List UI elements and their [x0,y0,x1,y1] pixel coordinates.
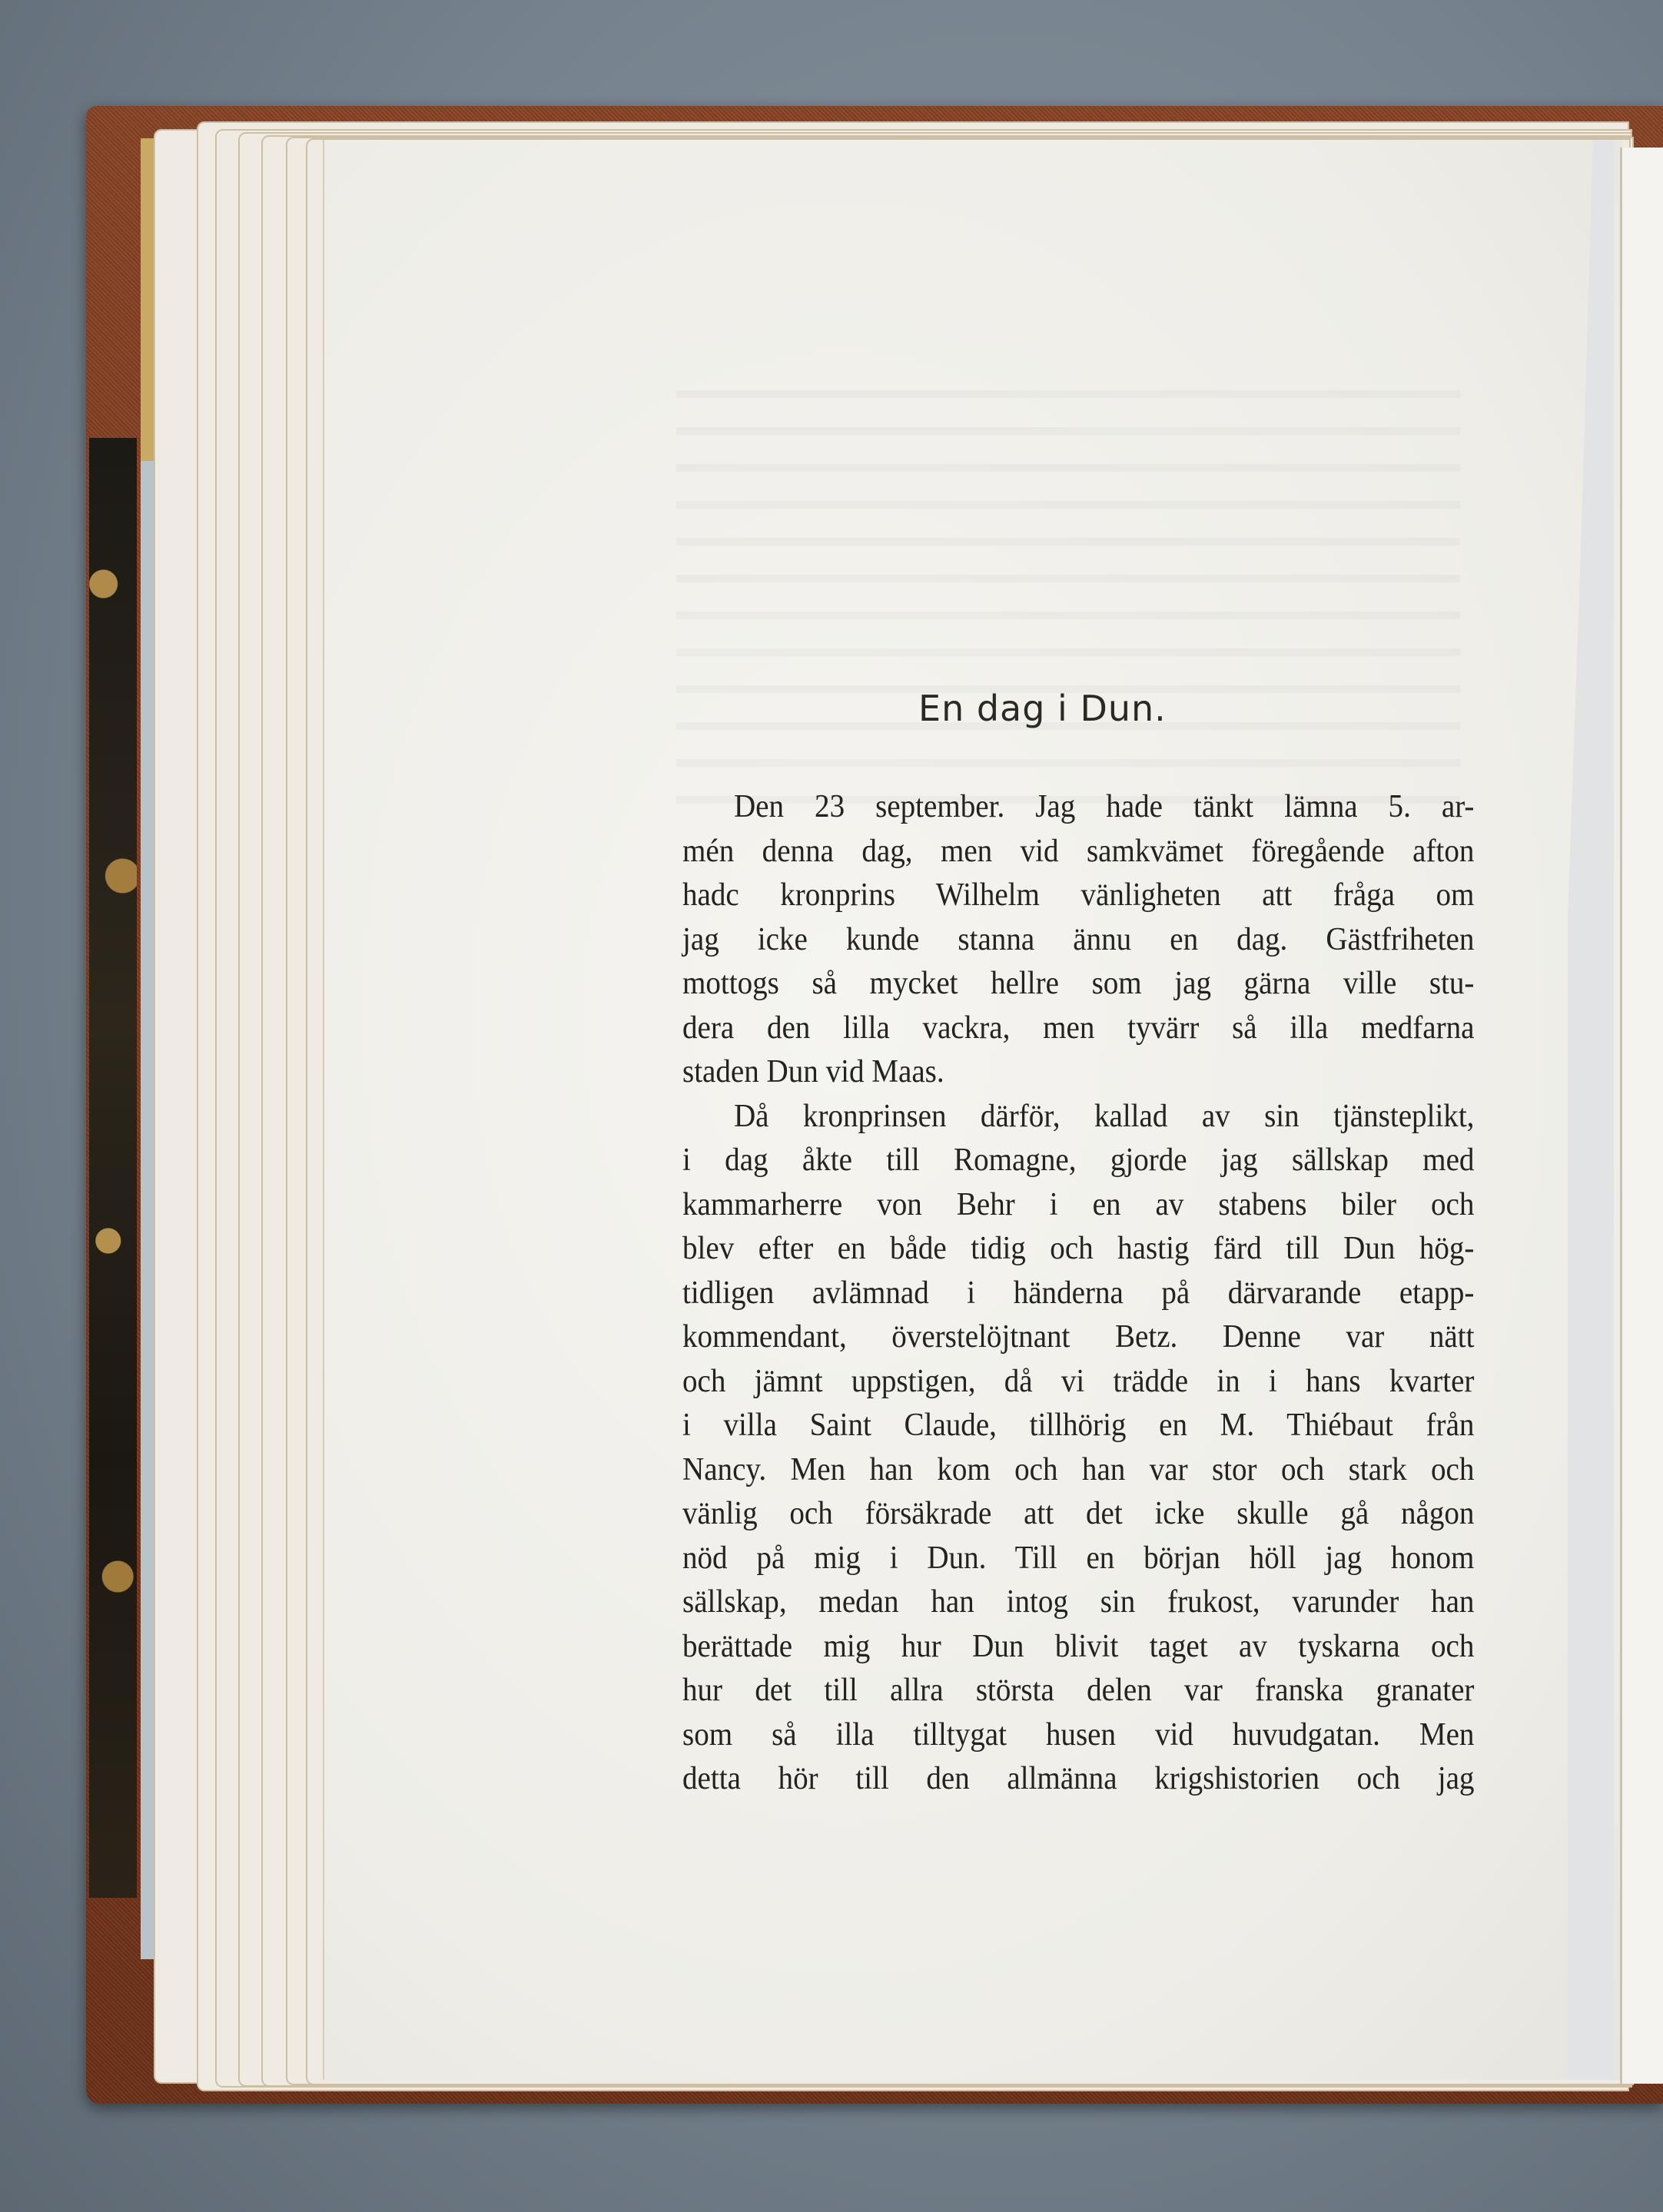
text-line: nöd på mig i Dun. Till en början höll ja… [682,1537,1474,1581]
text-line: Då kronprinsen därför, kallad av sin tjä… [682,1095,1474,1139]
body-text: Den 23 september. Jag hade tänkt lämna 5… [682,785,1474,1802]
text-line: vänlig och försäkrade att det icke skull… [682,1492,1474,1537]
text-line: blev efter en både tidig och hastig färd… [682,1227,1474,1272]
text-line: som så illa tilltygat husen vid huvudgat… [682,1713,1474,1758]
text-line: Nancy. Men han kom och han var stor och … [682,1448,1474,1493]
marbled-board [89,438,137,1898]
chapter-title: En dag i Dun. [918,688,1167,729]
text-line: detta hör till den allmänna krigshistori… [682,1757,1474,1802]
text-line: mén denna dag, men vid samkvämet föregåe… [682,830,1474,874]
paragraph-2: Då kronprinsen därför, kallad av sin tjä… [682,1095,1474,1802]
text-line: jag icke kunde stanna ännu en dag. Gästf… [682,918,1474,963]
text-line: hur det till allra största delen var fra… [682,1669,1474,1713]
facing-page-edge [1620,148,1663,2084]
text-line: och jämnt uppstigen, då vi trädde in i h… [682,1360,1474,1404]
text-line: tidligen avlämnad i händerna på därvaran… [682,1272,1474,1316]
text-line: Den 23 september. Jag hade tänkt lämna 5… [682,785,1474,830]
text-line: dera den lilla vackra, men tyvärr så ill… [682,1007,1474,1051]
text-line: i dag åkte till Romagne, gjorde jag säll… [682,1139,1474,1183]
text-line: i villa Saint Claude, tillhörig en M. Th… [682,1404,1474,1448]
text-line: kammarherre von Behr i en av stabens bil… [682,1183,1474,1228]
text-line: mottogs så mycket hellre som jag gärna v… [682,962,1474,1007]
text-line: berättade mig hur Dun blivit taget av ty… [682,1625,1474,1670]
text-line: staden Dun vid Maas. [682,1050,1474,1095]
text-line: hadc kronprins Wilhelm vänligheten att f… [682,874,1474,918]
text-line: kommendant, överstelöjtnant Betz. Denne … [682,1315,1474,1360]
paragraph-1: Den 23 september. Jag hade tänkt lämna 5… [682,785,1474,1095]
text-line: sällskap, medan han intog sin frukost, v… [682,1580,1474,1625]
